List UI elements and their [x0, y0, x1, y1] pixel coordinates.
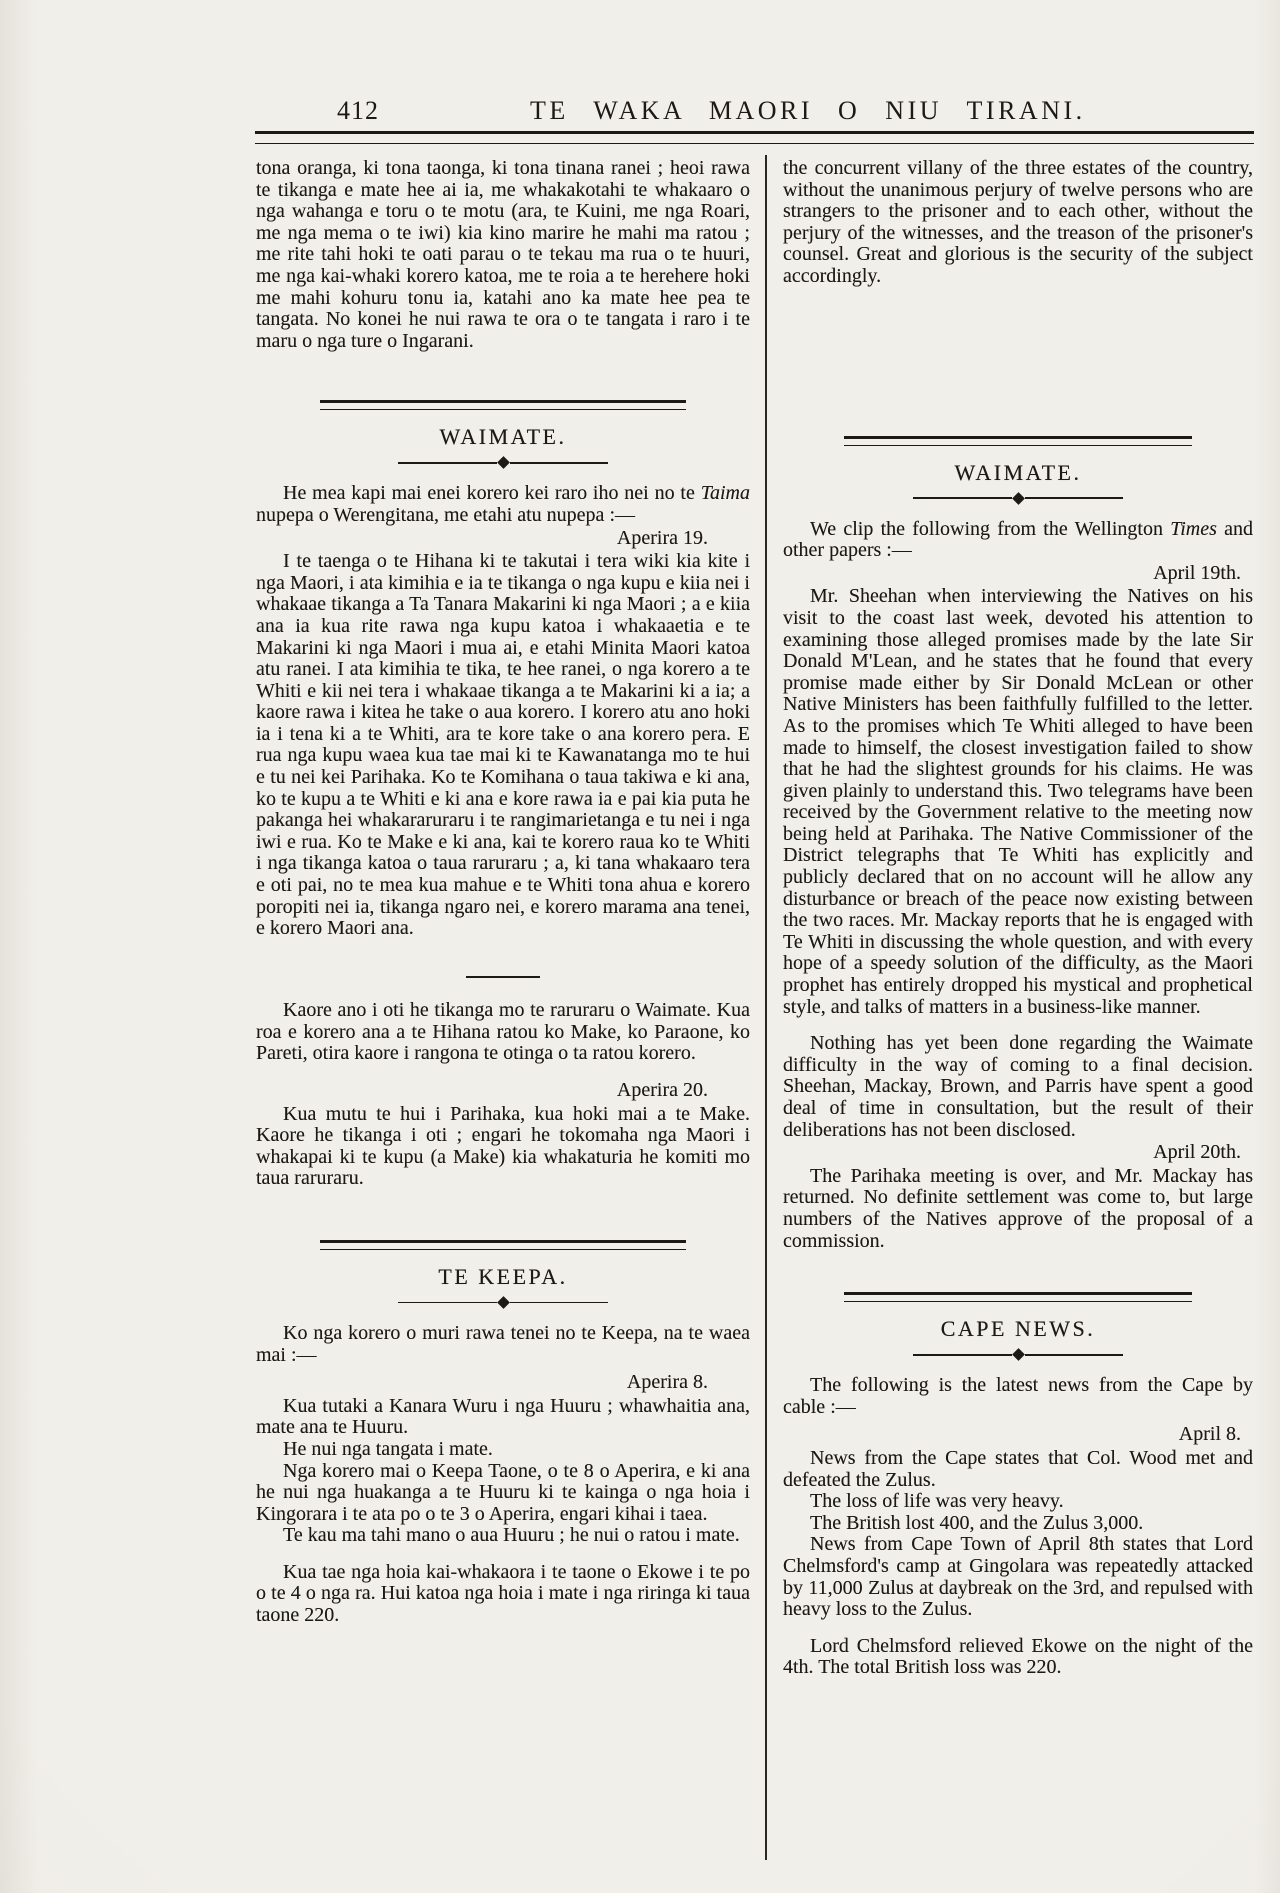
section-separator [320, 1240, 686, 1250]
page-header: 412 TE WAKA MAORI O NIU TIRANI. [0, 96, 1280, 130]
cape-news-paragraph: News from the Cape states that Col. Wood… [783, 1448, 1253, 1491]
diamond-rule [913, 494, 1123, 503]
section-separator [844, 436, 1192, 446]
section-separator [844, 1292, 1192, 1302]
small-rule [466, 976, 540, 978]
waimate-right-paragraph-1: Mr. Sheehan when interviewing the Native… [783, 586, 1253, 1018]
te-keepa-paragraph: Kua tutaki a Kanara Wuru i nga Huuru ; w… [256, 1396, 750, 1439]
newspaper-name-italic: Times [1170, 518, 1217, 540]
waimate-right-paragraph-3: The Parihaka meeting is over, and Mr. Ma… [783, 1166, 1253, 1252]
newspaper-page: 412 TE WAKA MAORI O NIU TIRANI. tona ora… [0, 0, 1280, 1893]
diamond-rule [398, 1298, 608, 1307]
section-separator [320, 400, 686, 410]
cape-news-paragraph: Lord Chelmsford relieved Ekowe on the ni… [783, 1636, 1253, 1679]
waimate-right-paragraph-2: Nothing has yet been done regarding the … [783, 1033, 1253, 1141]
paper-title: TE WAKA MAORI O NIU TIRANI. [530, 96, 1086, 126]
dateline: Aperira 20. [256, 1080, 750, 1102]
diamond-icon [1012, 492, 1025, 505]
cape-news-paragraph: News from Cape Town of April 8th states … [783, 1534, 1253, 1620]
te-keepa-heading: TE KEEPA. [256, 1264, 750, 1290]
diamond-icon [497, 1296, 510, 1309]
diamond-rule [398, 458, 608, 467]
dateline: April 19th. [783, 563, 1253, 585]
left-column: tona oranga, ki tona taonga, ki tona tin… [256, 158, 750, 1627]
waimate-right-intro: We clip the following from the Wellingto… [783, 519, 1253, 562]
cape-news-intro: The following is the latest news from th… [783, 1375, 1253, 1418]
te-keepa-paragraph: Te kau ma tahi mano o aua Huuru ; he nui… [256, 1525, 750, 1547]
dateline: April 20th. [783, 1142, 1253, 1164]
waimate-left-intro: He mea kapi mai enei korero kei raro iho… [256, 483, 750, 526]
dateline: Aperira 19. [256, 528, 750, 550]
newspaper-name-italic: Taima [701, 482, 750, 504]
cape-news-heading: CAPE NEWS. [783, 1316, 1253, 1342]
header-rule [255, 131, 1254, 144]
cape-news-paragraph: The British lost 400, and the Zulus 3,00… [783, 1513, 1253, 1535]
waimate-heading-right: WAIMATE. [783, 460, 1253, 486]
te-keepa-paragraph: Nga korero mai o Keepa Taone, o te 8 o A… [256, 1461, 750, 1526]
cape-news-paragraph: The loss of life was very heavy. [783, 1491, 1253, 1513]
right-opening-paragraph: the concurrent villany of the three esta… [783, 158, 1253, 288]
intro-text: We clip the following from the Wellingto… [810, 518, 1170, 540]
waimate-heading-left: WAIMATE. [256, 424, 750, 450]
waimate-left-paragraph-1: I te taenga o te Hihana ki te takutai i … [256, 551, 750, 940]
te-keepa-intro: Ko nga korero o muri rawa tenei no te Ke… [256, 1323, 750, 1366]
right-column: the concurrent villany of the three esta… [783, 158, 1253, 1679]
waimate-left-paragraph-3: Kua mutu te hui i Parihaka, kua hoki mai… [256, 1104, 750, 1190]
diamond-icon [1012, 1348, 1025, 1361]
column-divider [765, 155, 767, 1860]
te-keepa-paragraph: He nui nga tangata i mate. [256, 1439, 750, 1461]
intro-text: He mea kapi mai enei korero kei raro iho… [283, 482, 701, 504]
waimate-left-paragraph-2: Kaore ano i oti he tikanga mo te rarurar… [256, 1000, 750, 1065]
intro-text: nupepa o Werengitana, me etahi atu nupep… [256, 504, 635, 526]
diamond-icon [497, 456, 510, 469]
te-keepa-paragraph: Kua tae nga hoia kai-whakaora i te taone… [256, 1562, 750, 1627]
diamond-rule [913, 1350, 1123, 1359]
page-number: 412 [337, 96, 379, 126]
dateline: Aperira 8. [256, 1372, 750, 1394]
dateline: April 8. [783, 1424, 1253, 1446]
left-opening-paragraph: tona oranga, ki tona taonga, ki tona tin… [256, 158, 750, 352]
